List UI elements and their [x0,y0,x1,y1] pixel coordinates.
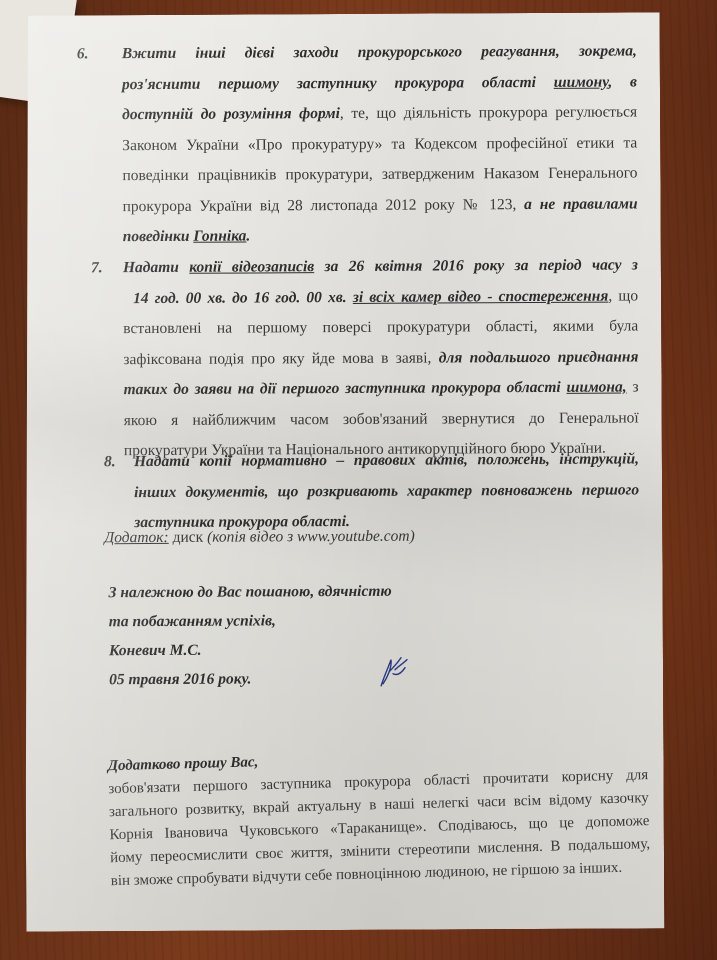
underlined-name: шимону [554,73,609,90]
signature-date: 05 травня 2016 року. [109,664,392,694]
item-number: 6. [77,39,89,70]
postscript-block: Додатково прошу Вас, зобов'язати першого… [107,741,650,893]
item-number: 7. [91,253,103,284]
signer-name: Коневич М.С. [109,635,392,665]
attachment-label: Додаток: [104,529,168,546]
item-number: 8. [104,447,116,478]
closing-block: З належною до Вас пошаною, вдячністю та … [109,577,393,694]
item-7-text: Надати копії відеозаписів за 26 квітня 2… [123,250,639,466]
attachment-line: Додаток: диск (копія відео з www.youtube… [104,522,415,554]
handwritten-signature-icon [375,654,411,690]
document-page: 6. Вжити інші дієві заходи прокурорськог… [22,12,665,931]
item-6-text: Вжити інші дієві заходи прокурорського р… [122,36,638,252]
